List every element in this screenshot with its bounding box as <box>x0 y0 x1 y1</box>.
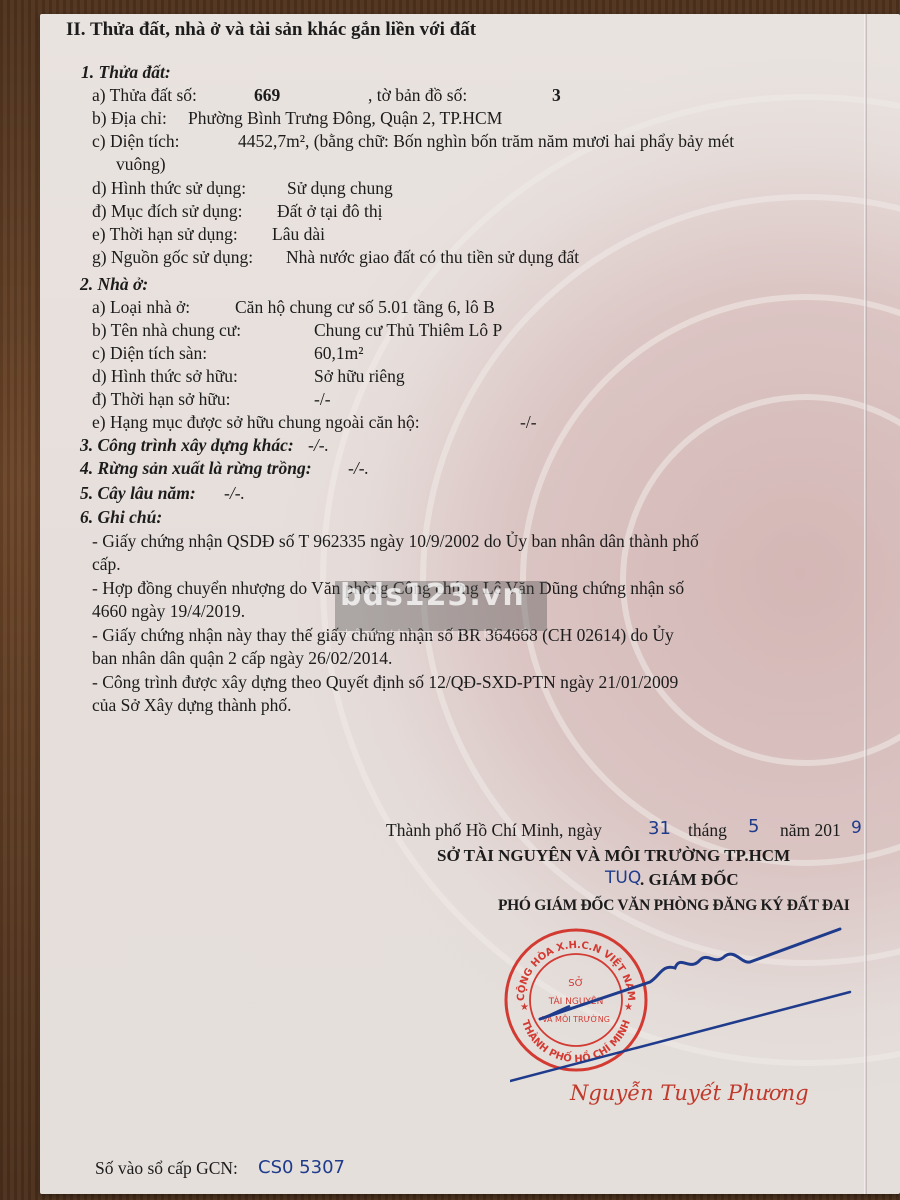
place-date-prefix: Thành phố Hồ Chí Minh, ngày <box>386 819 602 842</box>
building-label: b) Tên nhà chung cư: <box>92 319 241 342</box>
house-heading: 2. Nhà ở: <box>80 273 148 296</box>
signer-name: Nguyễn Tuyết Phương <box>570 1082 809 1105</box>
perennial-heading: 5. Cây lâu năm: <box>80 482 196 505</box>
note-line: - Giấy chứng nhận QSDĐ số T 962335 ngày … <box>92 530 699 553</box>
purpose-label: đ) Mục đích sử dụng: <box>92 200 242 223</box>
handwritten-signature <box>510 894 890 1094</box>
other-works-heading: 3. Công trình xây dựng khác: <box>80 434 294 457</box>
ownership-term-value: -/- <box>314 388 331 411</box>
common-items-value: -/- <box>520 411 537 434</box>
certificate-page: II. Thửa đất, nhà ở và tài sản khác gắn … <box>40 14 900 1194</box>
handwritten-month: 5 <box>748 815 759 838</box>
section-title: II. Thửa đất, nhà ở và tài sản khác gắn … <box>66 18 476 41</box>
ownership-form-label: d) Hình thức sở hữu: <box>92 365 238 388</box>
note-line: ban nhân dân quận 2 cấp ngày 26/02/2014. <box>92 647 392 670</box>
agency-name: SỞ TÀI NGUYÊN VÀ MÔI TRƯỜNG TP.HCM <box>437 844 790 867</box>
origin-value: Nhà nước giao đất có thu tiền sử dụng đấ… <box>286 246 579 269</box>
month-label: tháng <box>688 819 727 842</box>
map-sheet-label: , tờ bản đồ số: <box>368 84 467 107</box>
notes-heading: 6. Ghi chú: <box>80 506 162 529</box>
use-form-label: d) Hình thức sử dụng: <box>92 177 246 200</box>
area-label: c) Diện tích: <box>92 130 179 153</box>
origin-label: g) Nguồn gốc sử dụng: <box>92 246 253 269</box>
floor-area-value: 60,1m² <box>314 342 363 365</box>
forest-heading: 4. Rừng sản xuất là rừng trồng: <box>80 457 312 480</box>
ownership-form-value: Sở hữu riêng <box>314 365 405 388</box>
watermark-brand: bds123.vn <box>340 584 525 607</box>
note-line: cấp. <box>92 553 121 576</box>
perennial-value: -/-. <box>224 482 245 505</box>
registry-number: CS0 5307 <box>258 1156 345 1179</box>
ownership-term-label: đ) Thời hạn sở hữu: <box>92 388 231 411</box>
map-sheet-number: 3 <box>552 84 561 107</box>
registry-label: Số vào sổ cấp GCN: <box>95 1157 238 1180</box>
term-value: Lâu dài <box>272 223 325 246</box>
building-value: Chung cư Thủ Thiêm Lô P <box>314 319 502 342</box>
address-label: b) Địa chỉ: <box>92 107 167 130</box>
director-title: . GIÁM ĐỐC <box>640 868 739 891</box>
watermark-tagline: kênh thông tin nhà đất <box>345 622 537 645</box>
note-line: 4660 ngày 19/4/2019. <box>92 600 245 623</box>
parcel-label: a) Thửa đất số: <box>92 84 197 107</box>
area-value: 4452,7m², (bằng chữ: Bốn nghìn bốn trăm … <box>238 130 734 153</box>
handwritten-on-behalf: TUQ <box>605 867 641 890</box>
other-works-value: -/-. <box>308 434 329 457</box>
forest-value: -/-. <box>348 457 369 480</box>
certificate-content: II. Thửa đất, nhà ở và tài sản khác gắn … <box>40 14 900 1194</box>
handwritten-day: 31 <box>648 817 671 840</box>
use-form-value: Sử dụng chung <box>287 177 393 200</box>
floor-area-label: c) Diện tích sàn: <box>92 342 207 365</box>
purpose-value: Đất ở tại đô thị <box>277 200 383 223</box>
house-type-label: a) Loại nhà ở: <box>92 296 190 319</box>
land-heading: 1. Thửa đất: <box>81 61 171 84</box>
year-label: năm 201 <box>780 819 841 842</box>
handwritten-year-digit: 9 <box>851 817 862 840</box>
term-label: e) Thời hạn sử dụng: <box>92 223 238 246</box>
area-value-cont: vuông) <box>116 153 166 176</box>
address-value: Phường Bình Trưng Đông, Quận 2, TP.HCM <box>188 107 502 130</box>
common-items-label: e) Hạng mục được sở hữu chung ngoài căn … <box>92 411 420 434</box>
house-type-value: Căn hộ chung cư số 5.01 tầng 6, lô B <box>235 296 495 319</box>
note-line: của Sở Xây dựng thành phố. <box>92 694 292 717</box>
note-line: - Công trình được xây dựng theo Quyết đị… <box>92 671 678 694</box>
parcel-number: 669 <box>254 84 280 107</box>
